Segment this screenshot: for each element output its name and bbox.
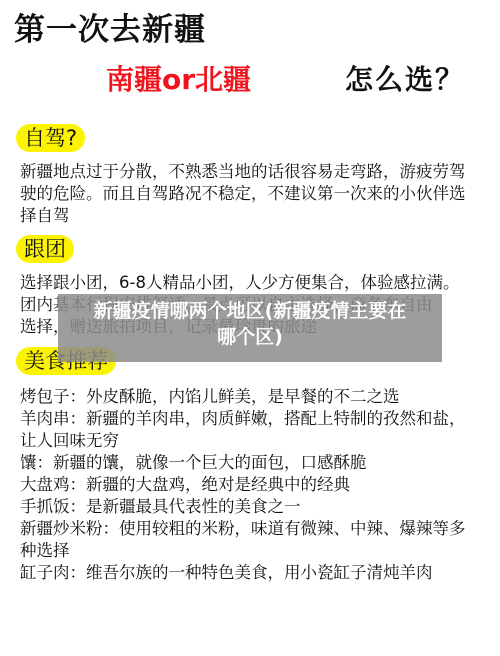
section-body-self-drive: 新疆地点过于分散，不熟悉当地的话很容易走弯路，游疲劳驾 驶的危险。而且自驾路况不…: [20, 161, 490, 227]
text-line: 缸子肉：维吾尔族的一种特色美食，用小瓷缸子清炖羊肉: [20, 562, 490, 584]
text-line: 驶的危险。而且自驾路况不稳定，不建议第一次来的小伙伴选: [20, 183, 490, 205]
text-line: 择自驾: [20, 205, 490, 227]
text-line: 大盘鸡：新疆的大盘鸡，绝对是经典中的经典: [20, 474, 490, 496]
caption-overlay: 新疆疫情哪两个地区(新疆疫情主要在 哪个区): [58, 294, 442, 362]
text-line: 选择跟小团，6-8人精品小团，人少方便集合，体验感拉满。: [20, 272, 490, 294]
caption-line-2: 哪个区): [58, 324, 442, 350]
text-line: 羊肉串：新疆的羊肉串，肉质鲜嫩，搭配上特制的孜然和盐，: [20, 408, 490, 430]
text-line: 新疆地点过于分散，不熟悉当地的话很容易走弯路，游疲劳驾: [20, 161, 490, 183]
text-line: 烤包子：外皮酥脆，内馅儿鲜美，是早餐的不二之选: [20, 386, 490, 408]
caption-text: 新疆疫情哪两个地区(新疆疫情主要在 哪个区): [58, 298, 442, 350]
section-body-food: 烤包子：外皮酥脆，内馅儿鲜美，是早餐的不二之选 羊肉串：新疆的羊肉串，肉质鲜嫩，…: [20, 386, 490, 584]
page-title: 第一次去新疆: [14, 4, 206, 49]
section-tag-group-tour: 跟团: [16, 235, 74, 263]
subtitle-how-choose: 怎么选？: [345, 58, 465, 98]
text-line: 新疆炒米粉：使用较粗的米粉，味道有微辣、中辣、爆辣等多: [20, 518, 490, 540]
subtitle-south-north: 南疆or北疆: [106, 58, 251, 98]
caption-line-1: 新疆疫情哪两个地区(新疆疫情主要在: [58, 298, 442, 324]
text-line: 让人回味无穷: [20, 430, 490, 452]
section-tag-self-drive: 自驾?: [16, 124, 85, 152]
text-line: 手抓饭：是新疆最具代表性的美食之一: [20, 496, 490, 518]
text-line: 种选择: [20, 540, 490, 562]
text-line: 馕：新疆的馕，就像一个巨大的面包，口感酥脆: [20, 452, 490, 474]
